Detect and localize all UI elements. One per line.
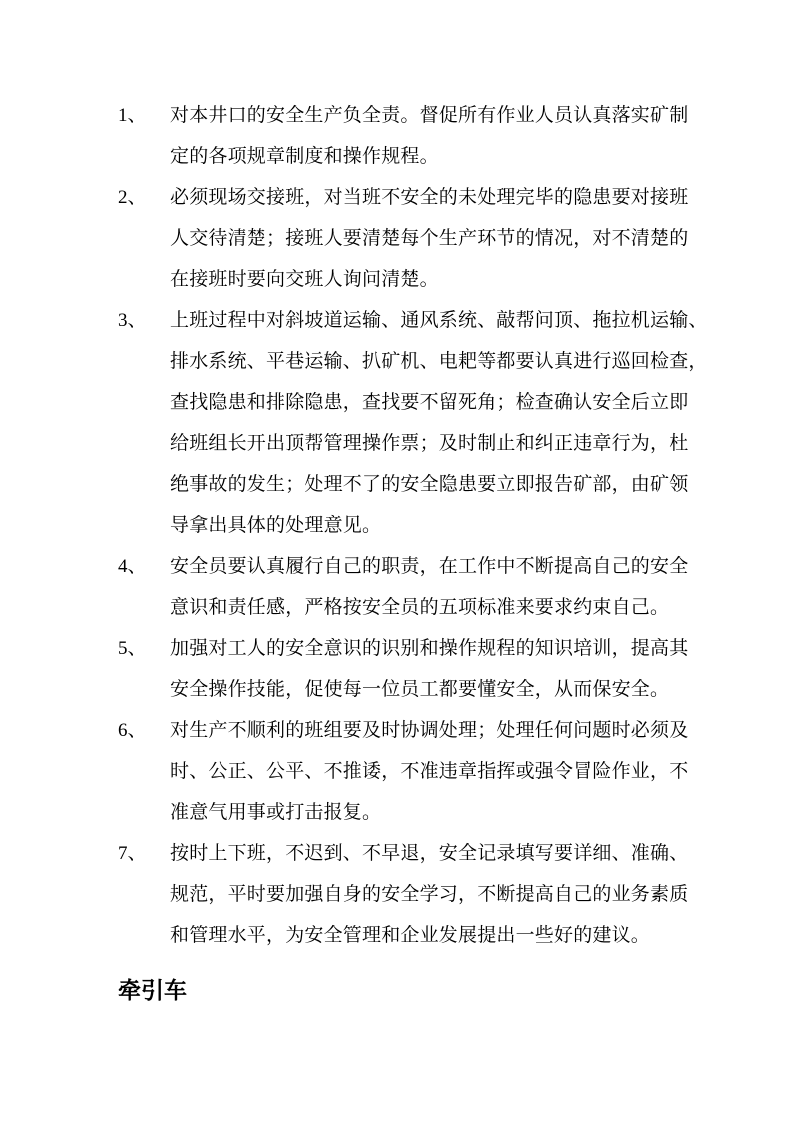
list-item: 2、 必须现场交接班，对当班不安全的未处理完毕的隐患要对接班 人交待清楚；接班人… bbox=[118, 177, 718, 300]
list-item-text: 必须现场交接班，对当班不安全的未处理完毕的隐患要对接班 人交待清楚；接班人要清楚… bbox=[170, 177, 688, 300]
document-content: 1、 对本井口的安全生产负全责。督促所有作业人员认真落实矿制 定的各项规章制度和… bbox=[118, 95, 718, 1012]
list-item-text: 安全员要认真履行自己的职责，在工作中不断提高自己的安全 意识和责任感，严格按安全… bbox=[170, 546, 688, 628]
list-item: 3、 上班过程中对斜坡道运输、通风系统、敲帮问顶、拖拉机运输、 排水系统、平巷运… bbox=[118, 300, 718, 546]
list-item-number: 7、 bbox=[118, 833, 170, 874]
list-item: 5、 加强对工人的安全意识的识别和操作规程的知识培训，提高其 安全操作技能，促使… bbox=[118, 628, 718, 710]
list-item-number: 4、 bbox=[118, 546, 170, 587]
list-item: 6、 对生产不顺利的班组要及时协调处理；处理任何问题时必须及 时、公正、公平、不… bbox=[118, 710, 718, 833]
list-item: 1、 对本井口的安全生产负全责。督促所有作业人员认真落实矿制 定的各项规章制度和… bbox=[118, 95, 718, 177]
section-heading: 牵引车 bbox=[118, 968, 718, 1012]
list-item-text: 上班过程中对斜坡道运输、通风系统、敲帮问顶、拖拉机运输、 排水系统、平巷运输、扒… bbox=[170, 300, 708, 546]
list-item-number: 6、 bbox=[118, 710, 170, 751]
list-item-text: 按时上下班，不迟到、不早退，安全记录填写要详细、准确、 规范，平时要加强自身的安… bbox=[170, 833, 688, 956]
list-item: 4、 安全员要认真履行自己的职责，在工作中不断提高自己的安全 意识和责任感，严格… bbox=[118, 546, 718, 628]
list-item-number: 2、 bbox=[118, 177, 170, 218]
list-item-text: 对生产不顺利的班组要及时协调处理；处理任何问题时必须及 时、公正、公平、不推诿，… bbox=[170, 710, 688, 833]
list-item-number: 1、 bbox=[118, 95, 170, 136]
list-item-number: 5、 bbox=[118, 628, 170, 669]
list-item-number: 3、 bbox=[118, 300, 170, 341]
list-item-text: 对本井口的安全生产负全责。督促所有作业人员认真落实矿制 定的各项规章制度和操作规… bbox=[170, 95, 688, 177]
document-page: 1、 对本井口的安全生产负全责。督促所有作业人员认真落实矿制 定的各项规章制度和… bbox=[0, 0, 793, 1122]
list-item: 7、 按时上下班，不迟到、不早退，安全记录填写要详细、准确、 规范，平时要加强自… bbox=[118, 833, 718, 956]
list-item-text: 加强对工人的安全意识的识别和操作规程的知识培训，提高其 安全操作技能，促使每一位… bbox=[170, 628, 688, 710]
